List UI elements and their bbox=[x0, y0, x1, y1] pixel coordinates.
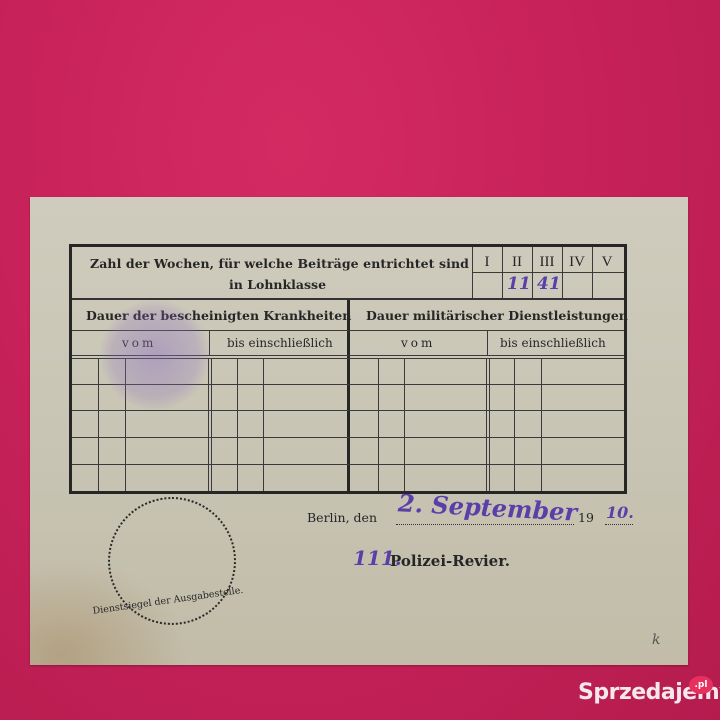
header-question-line2: in Lohnklasse bbox=[229, 277, 326, 292]
section-divider bbox=[347, 300, 350, 491]
lohnklasse-value-3: 41 bbox=[537, 274, 561, 294]
col-line bbox=[486, 358, 487, 491]
lohnklasse-col-5: V bbox=[592, 254, 622, 271]
col-line bbox=[514, 358, 515, 491]
lohnklasse-col-4: IV bbox=[562, 254, 592, 271]
subheader-illness-to: bis einschließlich bbox=[227, 336, 333, 350]
col-line bbox=[211, 358, 212, 491]
col-line bbox=[541, 358, 542, 491]
place-date-prefix: Berlin, den bbox=[307, 510, 377, 525]
col-line bbox=[208, 358, 209, 491]
year-prefix: 19 bbox=[578, 510, 594, 525]
subheader-military-from: vom bbox=[401, 336, 435, 350]
lohnklasse-col-3: III bbox=[532, 254, 562, 271]
handwritten-year: 10. bbox=[606, 503, 634, 522]
header-question-line1: Zahl der Wochen, für welche Beiträge ent… bbox=[90, 256, 469, 271]
year-dotted-line bbox=[605, 524, 633, 525]
lohnklasse-value-2: 11 bbox=[507, 274, 531, 294]
stamp-ink-impression bbox=[100, 300, 210, 410]
col-line bbox=[489, 358, 490, 491]
col-line bbox=[237, 358, 238, 491]
col-line bbox=[98, 358, 99, 491]
divider bbox=[472, 272, 624, 273]
pencil-mark: k bbox=[652, 632, 660, 648]
col-line bbox=[263, 358, 264, 491]
divider bbox=[487, 330, 488, 356]
col-line bbox=[404, 358, 405, 491]
section-title-military: Dauer militärischer Dienstleistungen bbox=[366, 308, 628, 323]
watermark-pl-badge: .pl bbox=[689, 676, 713, 694]
authority-label: Polizei-Revier. bbox=[390, 552, 510, 570]
lohnklasse-col-2: II bbox=[502, 254, 532, 271]
subheader-military-to: bis einschließlich bbox=[500, 336, 606, 350]
col-line bbox=[378, 358, 379, 491]
lohnklasse-col-1: I bbox=[472, 254, 502, 271]
